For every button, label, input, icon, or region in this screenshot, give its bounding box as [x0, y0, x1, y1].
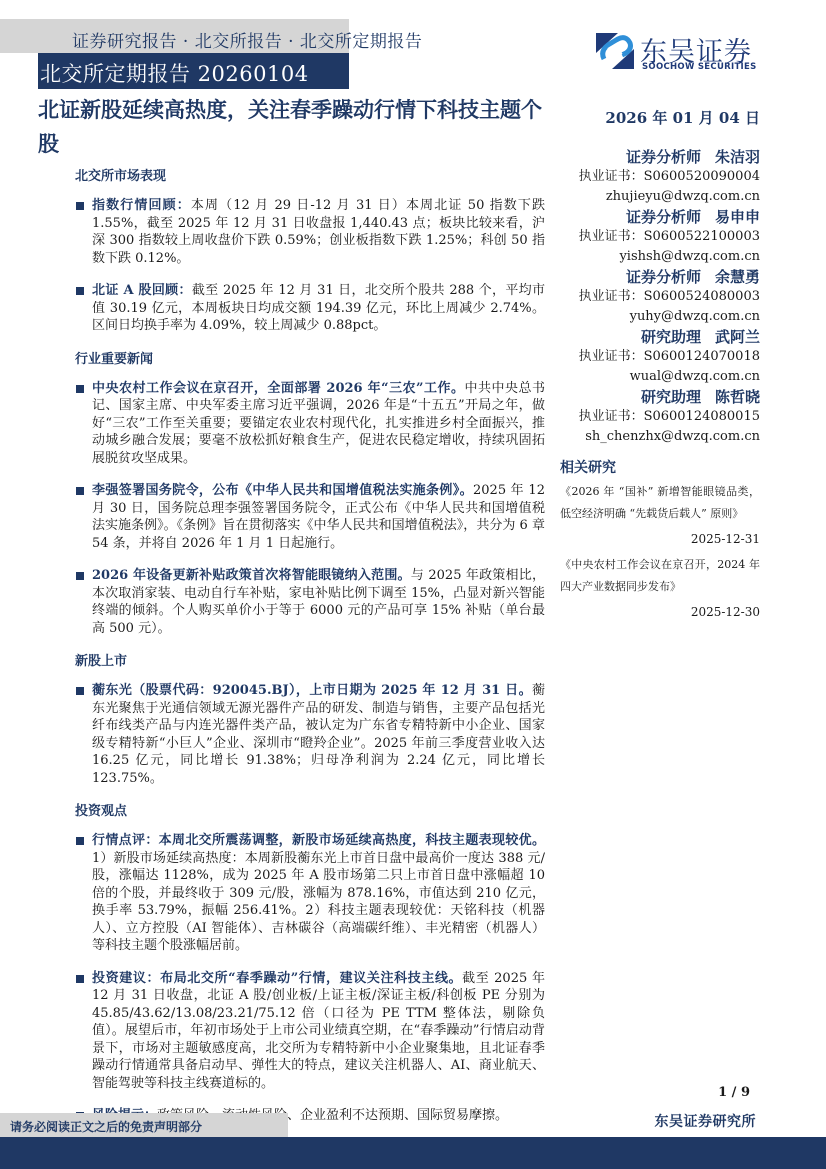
analyst-email[interactable]: yishsh@dwzq.com.cn: [520, 247, 760, 267]
section-heading: 新股上市: [75, 652, 545, 672]
analyst-cert: 执业证书：S0600124080015: [520, 407, 760, 427]
bullet-lead: 北证 A 股回顾：: [92, 283, 192, 298]
bullet-item: 蘅东光（股票代码：920045.BJ），上市日期为 2025 年 12 月 31…: [75, 682, 545, 787]
related-item-date: 2025-12-30: [560, 602, 760, 623]
analyst-name: 陈哲晓: [715, 388, 760, 406]
bullet-item: 投资建议：布局北交所“春季躁动”行情，建议关注科技主线。截至 2025 年 12…: [75, 970, 545, 1093]
logo-en-text: SOOCHOW SECURITIES: [642, 62, 757, 72]
section-heading: 行业重要新闻: [75, 350, 545, 370]
analyst-name: 武阿兰: [715, 328, 760, 346]
analyst-block: 研究助理陈哲晓 执业证书：S0600124080015 sh_chenzhx@d…: [520, 387, 760, 447]
analyst-role: 证券分析师: [626, 148, 701, 166]
analyst-block: 证券分析师余慧勇 执业证书：S0600524080003 yuhy@dwzq.c…: [520, 267, 760, 327]
bullet-item: 李强签署国务院令，公布《中华人民共和国增值税法实施条例》。2025 年 12 月…: [75, 482, 545, 552]
section-new-listings: 新股上市 蘅东光（股票代码：920045.BJ），上市日期为 2025 年 12…: [75, 652, 545, 787]
square-bullet-icon: [76, 202, 84, 210]
page-number: 1 / 9: [718, 1085, 750, 1100]
related-item-date: 2025-12-31: [560, 529, 760, 550]
bullet-lead: 李强签署国务院令，公布《中华人民共和国增值税法实施条例》。: [92, 483, 473, 498]
analyst-email[interactable]: sh_chenzhx@dwzq.com.cn: [520, 427, 760, 447]
bullet-item: 中央农村工作会议在京召开，全面部署 2026 年“三农”工作。中共中央总书记、国…: [75, 380, 545, 468]
analyst-email[interactable]: yuhy@dwzq.com.cn: [520, 307, 760, 327]
bullet-lead: 2026 年设备更新补贴政策首次将智能眼镜纳入范围。: [92, 568, 411, 583]
bullet-body: 蘅东光聚焦于光通信领域无源光器件产品的研发、制造与销售，主要产品包括光纤布线类产…: [92, 683, 545, 786]
bullet-lead: 蘅东光（股票代码：920045.BJ），上市日期为 2025 年 12 月 31…: [92, 683, 532, 698]
analyst-block: 证券分析师朱洁羽 执业证书：S0600520090004 zhujieyu@dw…: [520, 147, 760, 207]
footer-band: [0, 1137, 826, 1169]
related-item-title[interactable]: 《中央农村工作会议在京召开，2024 年四大产业数据同步发布》: [560, 554, 760, 597]
square-bullet-icon: [76, 385, 84, 393]
analyst-cert: 执业证书：S0600524080003: [520, 287, 760, 307]
square-bullet-icon: [76, 487, 84, 495]
report-type: 北交所定期报告 20260104: [40, 58, 309, 88]
main-content: 北交所市场表现 指数行情回顾：本周（12 月 29 日-12 月 31 日）本周…: [75, 167, 545, 1140]
square-bullet-icon: [76, 975, 84, 983]
square-bullet-icon: [76, 837, 84, 845]
analyst-role: 研究助理: [641, 328, 701, 346]
bullet-item: 北证 A 股回顾：截至 2025 年 12 月 31 日，北交所个股共 288 …: [75, 282, 545, 335]
page-title: 北证新股延续高热度，关注春季躁动行情下科技主题个股: [38, 93, 558, 161]
footer-disclaimer[interactable]: 请务必阅读正文之后的免责声明部分: [10, 1118, 202, 1135]
bullet-body: 截至 2025 年 12 月 31 日收盘，北证 A 股/创业板/上证主板/深证…: [92, 971, 545, 1091]
analyst-role: 证券分析师: [626, 208, 701, 226]
section-market-performance: 北交所市场表现 指数行情回顾：本周（12 月 29 日-12 月 31 日）本周…: [75, 167, 545, 335]
bullet-lead: 指数行情回顾：: [92, 198, 191, 213]
report-category: 证券研究报告 · 北交所报告 · 北交所定期报告: [72, 27, 422, 52]
bullet-item: 2026 年设备更新补贴政策首次将智能眼镜纳入范围。与 2025 年政策相比，本…: [75, 567, 545, 637]
analyst-name: 易申申: [715, 208, 760, 226]
analyst-email[interactable]: zhujieyu@dwzq.com.cn: [520, 187, 760, 207]
bullet-item: 指数行情回顾：本周（12 月 29 日-12 月 31 日）本周北证 50 指数…: [75, 197, 545, 267]
related-research-heading: 相关研究: [560, 457, 760, 477]
square-bullet-icon: [76, 287, 84, 295]
bullet-lead: 投资建议：布局北交所“春季躁动”行情，建议关注科技主线。: [92, 971, 462, 986]
section-industry-news: 行业重要新闻 中央农村工作会议在京召开，全面部署 2026 年“三农”工作。中共…: [75, 350, 545, 638]
analyst-role: 研究助理: [641, 388, 701, 406]
square-bullet-icon: [76, 572, 84, 580]
analyst-name: 余慧勇: [715, 268, 760, 286]
bullet-lead: 行情点评：本周北交所震荡调整，新股市场延续高热度，科技主题表现较优。: [92, 833, 545, 848]
analyst-cert: 执业证书：S0600124070018: [520, 347, 760, 367]
bullet-body: 1）新股市场延续高热度：本周新股蘅东光上市首日盘中最高价一度达 388 元/股，…: [92, 851, 545, 954]
analyst-list: 证券分析师朱洁羽 执业证书：S0600520090004 zhujieyu@dw…: [520, 147, 760, 447]
analyst-cert: 执业证书：S0600522100003: [520, 227, 760, 247]
related-item[interactable]: 《2026 年 “国补” 新增智能眼镜品类，低空经济明确 “先载货后载人” 原则…: [560, 481, 760, 550]
related-item-title[interactable]: 《2026 年 “国补” 新增智能眼镜品类，低空经济明确 “先载货后载人” 原则…: [560, 481, 760, 524]
analyst-block: 研究助理武阿兰 执业证书：S0600124070018 wual@dwzq.co…: [520, 327, 760, 387]
analyst-name: 朱洁羽: [715, 148, 760, 166]
soochow-logo-icon: [596, 33, 634, 69]
report-date: 2026 年 01 月 04 日: [605, 107, 760, 128]
footer-org: 东吴证券研究所: [655, 1111, 757, 1131]
analyst-email[interactable]: wual@dwzq.com.cn: [520, 367, 760, 387]
bullet-item: 行情点评：本周北交所震荡调整，新股市场延续高热度，科技主题表现较优。1）新股市场…: [75, 832, 545, 955]
section-investment-views: 投资观点 行情点评：本周北交所震荡调整，新股市场延续高热度，科技主题表现较优。1…: [75, 802, 545, 1125]
analyst-cert: 执业证书：S0600520090004: [520, 167, 760, 187]
section-heading: 投资观点: [75, 802, 545, 822]
square-bullet-icon: [76, 687, 84, 695]
related-item[interactable]: 《中央农村工作会议在京召开，2024 年四大产业数据同步发布》 2025-12-…: [560, 554, 760, 623]
analyst-block: 证券分析师易申申 执业证书：S0600522100003 yishsh@dwzq…: [520, 207, 760, 267]
bullet-lead: 中央农村工作会议在京召开，全面部署 2026 年“三农”工作。: [92, 381, 465, 396]
related-research: 相关研究 《2026 年 “国补” 新增智能眼镜品类，低空经济明确 “先载货后载…: [560, 457, 760, 627]
analyst-role: 证券分析师: [626, 268, 701, 286]
company-logo: 东吴证券 SOOCHOW SECURITIES: [596, 30, 776, 74]
section-heading: 北交所市场表现: [75, 167, 545, 187]
